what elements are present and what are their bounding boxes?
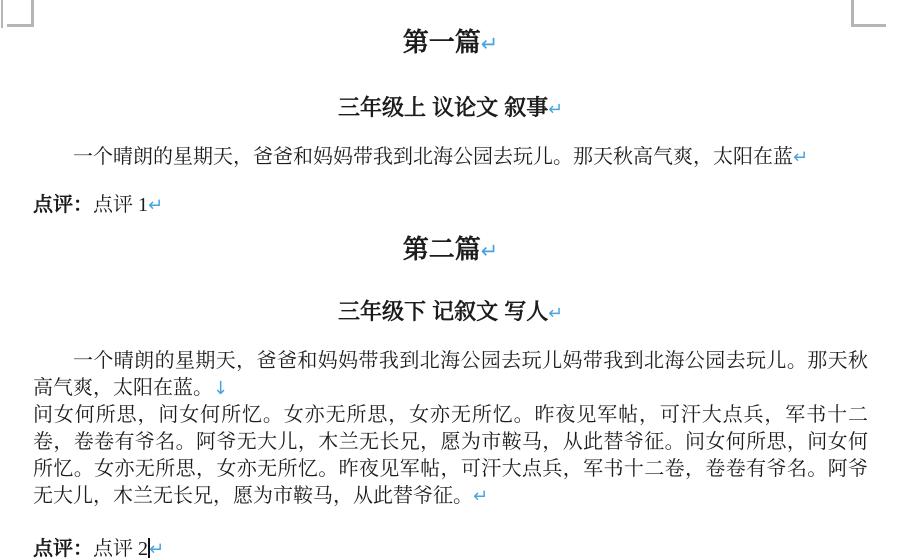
- margin-crop-mark-top-left-horizontal: [7, 24, 34, 27]
- paragraph-mark-icon: ↵: [481, 239, 498, 263]
- paragraph-mark-icon: ↵: [481, 32, 498, 56]
- section-2-title[interactable]: 第二篇↵: [33, 234, 868, 266]
- review-text: 点评 2: [93, 538, 148, 559]
- section-1-review-line[interactable]: 点评：点评 1↵: [33, 192, 868, 219]
- document-text-area[interactable]: 第一篇↵ 三年级上 议论文 叙事↵ 一个晴朗的星期天，爸爸和妈妈带我到北海公园去…: [33, 0, 868, 559]
- section-1-title[interactable]: 第一篇↵: [33, 27, 868, 59]
- section-2-subtitle[interactable]: 三年级下 记叙文 写人↵: [33, 298, 868, 328]
- section-1-body-paragraph[interactable]: 一个晴朗的星期天，爸爸和妈妈带我到北海公园去玩儿。那天秋高气爽，太阳在蓝↵: [33, 144, 868, 171]
- section-2-body-text-after-break: 问女何所思，问女何所忆。女亦无所思，女亦无所忆。昨夜见军帖，可汗大点兵，军书十二…: [33, 404, 868, 507]
- paragraph-mark-icon: ↵: [473, 486, 488, 507]
- section-1-subtitle-text: 三年级上 议论文 叙事: [338, 95, 548, 120]
- section-1-subtitle[interactable]: 三年级上 议论文 叙事↵: [33, 94, 868, 124]
- section-2-title-text: 第二篇: [403, 234, 481, 264]
- section-1-body-text: 一个晴朗的星期天，爸爸和妈妈带我到北海公园去玩儿。那天秋高气爽，太阳在蓝: [73, 146, 793, 168]
- section-2-body-paragraph[interactable]: 一个晴朗的星期天，爸爸和妈妈带我到北海公园去玩儿妈带我到北海公园去玩儿。那天秋高…: [33, 348, 868, 510]
- paragraph-mark-icon: ↵: [148, 195, 163, 216]
- review-label: 点评：: [33, 538, 93, 559]
- paragraph-mark-icon: ↵: [548, 100, 563, 120]
- document-page[interactable]: 第一篇↵ 三年级上 议论文 叙事↵ 一个晴朗的星期天，爸爸和妈妈带我到北海公园去…: [0, 0, 902, 559]
- review-label: 点评：: [33, 194, 93, 216]
- section-2-review-line[interactable]: 点评：点评 2↵: [33, 536, 868, 559]
- section-1-title-text: 第一篇: [403, 27, 481, 57]
- review-text: 点评 1: [93, 194, 148, 216]
- paragraph-mark-icon: ↵: [149, 539, 164, 559]
- section-2-subtitle-text: 三年级下 记叙文 写人: [338, 299, 548, 324]
- page-left-edge-line: [1, 0, 3, 28]
- paragraph-mark-icon: ↵: [793, 147, 808, 168]
- section-2-body-text-before-break: 一个晴朗的星期天，爸爸和妈妈带我到北海公园去玩儿妈带我到北海公园去玩儿。那天秋高…: [33, 350, 868, 399]
- paragraph-mark-icon: ↵: [548, 304, 563, 324]
- line-break-mark-icon: ↓: [213, 378, 228, 399]
